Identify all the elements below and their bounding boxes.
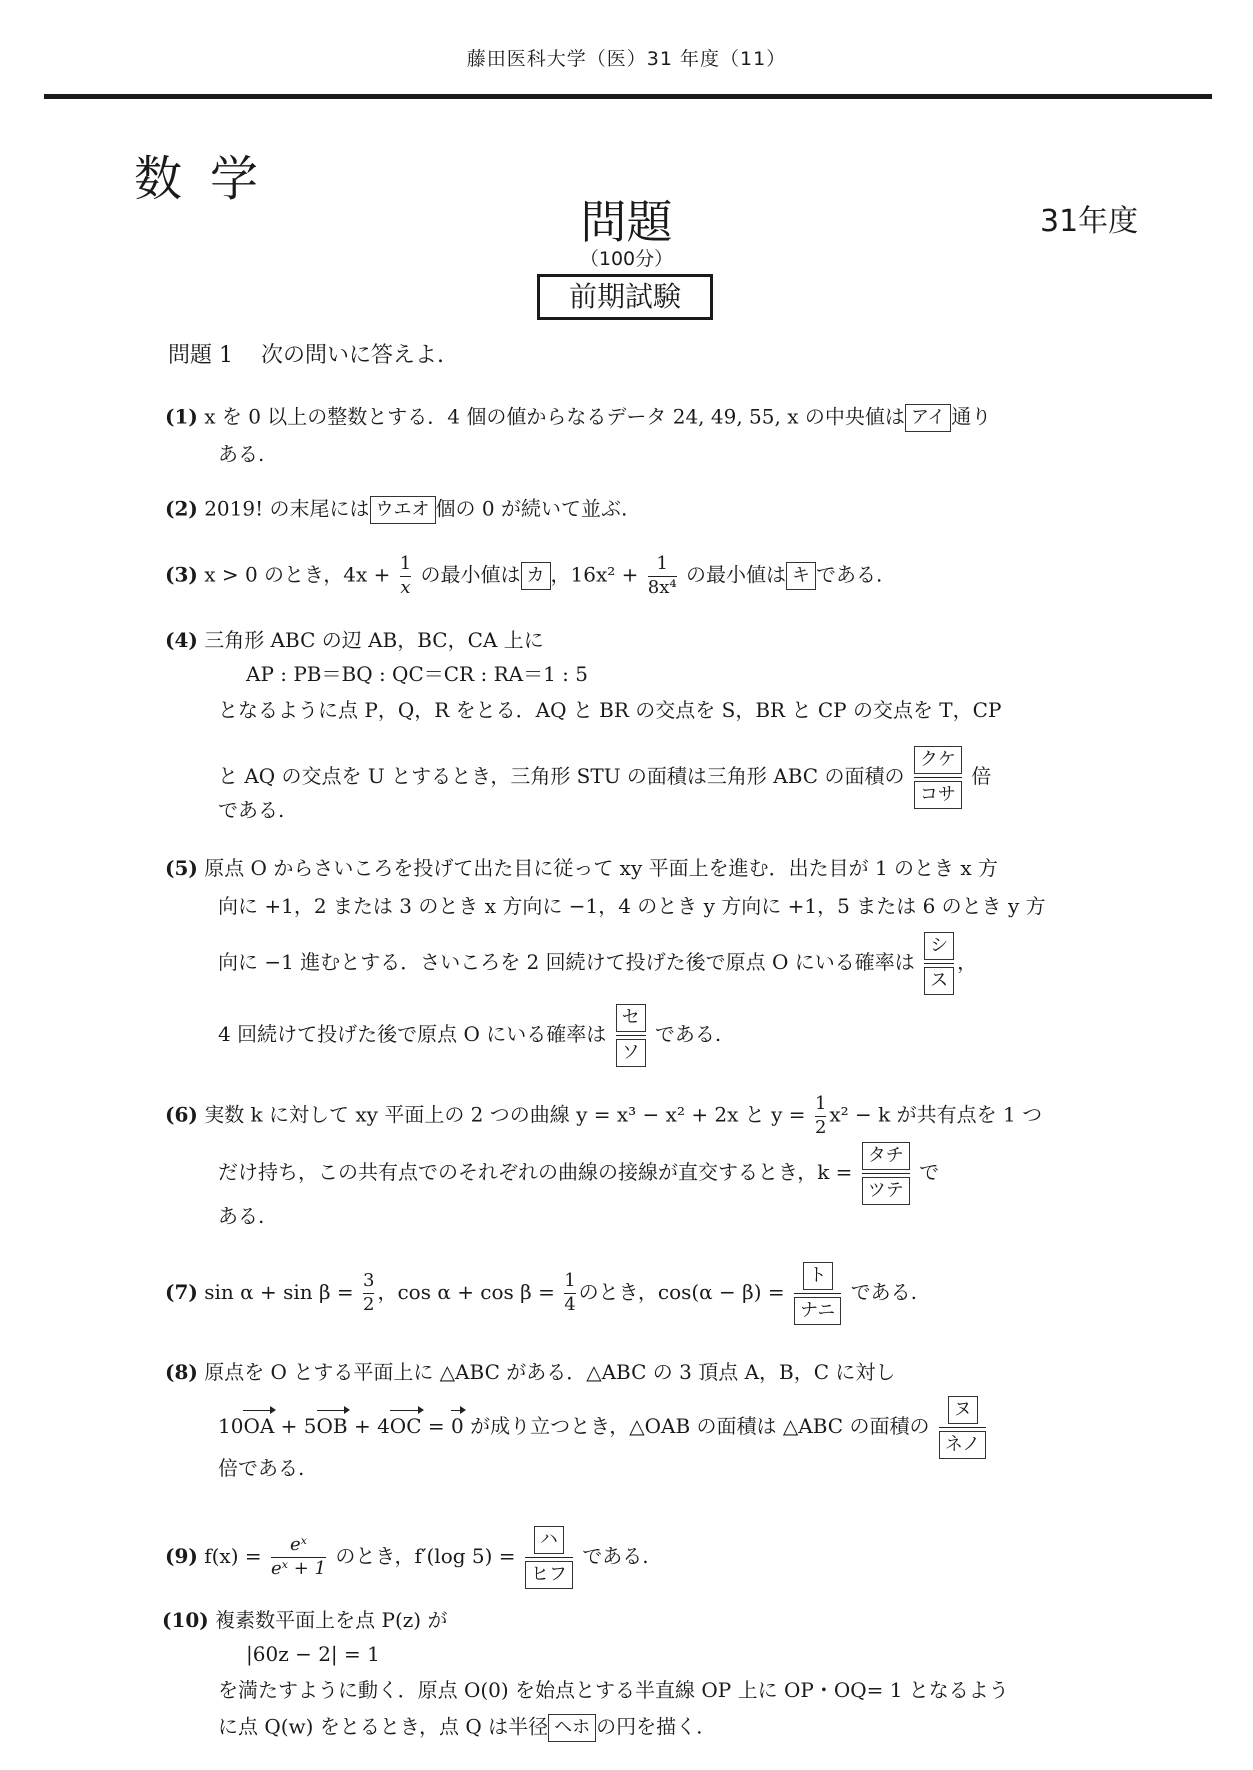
answer-fraction: タチツテ (862, 1142, 910, 1205)
question-text: x > 0 のとき，4x + (204, 563, 390, 587)
answer-fraction: クケコサ (914, 746, 962, 809)
question-3: (3) x > 0 のとき，4x + 1x の最小値はカ，16x² + 18x⁴… (165, 554, 882, 598)
answer-box: カ (521, 562, 551, 590)
vector-oc: OC (390, 1414, 422, 1438)
question-number: (5) (165, 856, 198, 880)
vector-oa: OA (243, 1414, 274, 1438)
question-9: (9) f(x) = eˣeˣ + 1 のとき，f′(log 5) = ハヒフ … (165, 1526, 649, 1589)
vector-equation-line: 10OA + 5OB + 4OC = 0 が成り立つとき，△OAB の面積は △… (218, 1396, 989, 1459)
fraction: 1x (400, 554, 411, 598)
answer-fraction: セソ (616, 1004, 646, 1067)
question-text: 通り (951, 405, 991, 429)
answer-box: ナニ (794, 1297, 841, 1325)
problem-header: 問題 1次の問いに答えよ. (168, 338, 444, 369)
answer-box: キ (786, 562, 816, 590)
question-text: 三角形 ABC の辺 AB，BC，CA 上に (204, 628, 544, 652)
answer-box: ヘホ (548, 1714, 596, 1742)
question-text: 2019! の末尾には (204, 497, 369, 521)
question-6: (6) 実数 k に対して xy 平面上の 2 つの曲線 y = x³ − x²… (165, 1094, 1042, 1138)
exam-type-badge: 前期試験 (537, 274, 713, 320)
exam-year: 31年度 (1040, 196, 1138, 240)
answer-box: ウエオ (370, 496, 436, 524)
question-text: sin α + sin β = (204, 1280, 353, 1304)
question-number: (1) (165, 405, 198, 429)
answer-box: セ (616, 1004, 646, 1032)
question-10-cont: を満たすように動く．原点 O(0) を始点とする半直線 OP 上に OP・OQ=… (218, 1678, 1009, 1702)
question-10-cont: に点 Q(w) をとるとき，点 Q は半径ヘホの円を描く. (218, 1714, 703, 1742)
answer-box: クケ (914, 746, 962, 774)
question-text: f(x) = (204, 1544, 261, 1568)
question-8-cont: 倍である. (218, 1456, 304, 1480)
answer-box: シ (924, 932, 954, 960)
fraction: 12 (815, 1094, 826, 1138)
answer-box: ツテ (862, 1177, 910, 1205)
answer-fraction: ハヒフ (525, 1526, 573, 1589)
answer-fraction: ヌネノ (939, 1396, 986, 1459)
question-text: 個の 0 が続いて並ぶ. (436, 497, 628, 521)
question-2: (2) 2019! の末尾にはウエオ個の 0 が続いて並ぶ. (165, 496, 627, 524)
zero-vector: 0 (451, 1414, 464, 1438)
answer-box: ヌ (948, 1396, 978, 1424)
question-5-cont: 4 回続けて投げた後で原点 O にいる確率は セソ である. (218, 1004, 721, 1067)
answer-box: タチ (862, 1142, 910, 1170)
question-8: (8) 原点を O とする平面上に △ABC がある．△ABC の 3 頂点 A… (165, 1360, 895, 1384)
answer-box: ソ (616, 1039, 646, 1067)
question-6-cont: だけ持ち，この共有点でのそれぞれの曲線の接線が直交するとき，k = タチツテ で (218, 1142, 939, 1205)
answer-box: ハ (534, 1526, 564, 1554)
answer-box: ス (924, 967, 954, 995)
question-number: (10) (162, 1608, 209, 1632)
answer-box: アイ (905, 404, 951, 432)
fraction: 14 (564, 1271, 575, 1315)
exam-duration: （100分） (0, 244, 1253, 271)
answer-box: コサ (914, 781, 962, 809)
answer-fraction: トナニ (794, 1262, 841, 1325)
question-5-cont: 向に +1，2 または 3 のとき x 方向に −1，4 のとき y 方向に +… (218, 894, 1046, 918)
modulus-equation: |60z − 2| = 1 (246, 1642, 380, 1666)
question-5: (5) 原点 O からさいころを投げて出た目に従って xy 平面上を進む．出た目… (165, 856, 998, 880)
fraction: 18x⁴ (648, 554, 677, 598)
question-10: (10) 複素数平面上を点 P(z) が (162, 1608, 447, 1632)
problem-label: 問題 1 (168, 343, 233, 368)
fraction: 32 (363, 1271, 374, 1315)
question-text: 原点 O からさいころを投げて出た目に従って xy 平面上を進む．出た目が 1 … (204, 856, 998, 880)
question-5-cont: 向に −1 進むとする．さいころを 2 回続けて投げた後で原点 O にいる確率は… (218, 932, 977, 995)
question-text: 実数 k に対して xy 平面上の 2 つの曲線 y = x³ − x² + 2… (204, 1103, 805, 1127)
question-1-cont: ある. (218, 442, 264, 466)
question-number: (4) (165, 628, 198, 652)
question-1: (1) x を 0 以上の整数とする．4 個の値からなるデータ 24, 49, … (165, 404, 991, 432)
question-4-cont: となるように点 P，Q，R をとる．AQ と BR の交点を S，BR と CP… (218, 698, 1001, 722)
question-text: 原点を O とする平面上に △ABC がある．△ABC の 3 頂点 A，B，C… (204, 1360, 895, 1384)
question-number: (8) (165, 1360, 198, 1384)
question-number: (3) (165, 563, 198, 587)
answer-fraction: シス (924, 932, 954, 995)
header-rule (44, 94, 1212, 99)
question-number: (2) (165, 497, 198, 521)
ratio-condition: AP : PB＝BQ : QC＝CR : RA＝1 : 5 (246, 662, 588, 686)
question-6-cont: ある. (218, 1204, 264, 1228)
question-text: 複素数平面上を点 P(z) が (215, 1608, 447, 1632)
question-4-cont: である. (218, 798, 284, 822)
answer-box: ヒフ (525, 1561, 573, 1589)
question-4-cont: と AQ の交点を U とするとき，三角形 STU の面積は三角形 ABC の面… (218, 746, 991, 809)
question-number: (9) (165, 1544, 198, 1568)
question-4: (4) 三角形 ABC の辺 AB，BC，CA 上に (165, 628, 544, 652)
fraction: eˣeˣ + 1 (271, 1535, 326, 1579)
question-text: x を 0 以上の整数とする．4 個の値からなるデータ 24, 49, 55, … (204, 405, 905, 429)
question-number: (6) (165, 1103, 198, 1127)
question-number: (7) (165, 1280, 198, 1304)
question-7: (7) sin α + sin β = 32，cos α + cos β = 1… (165, 1262, 917, 1325)
vector-ob: OB (317, 1414, 348, 1438)
running-header: 藤田医科大学（医）31 年度（11） (0, 44, 1253, 71)
problem-instruction: 次の問いに答えよ. (261, 343, 444, 368)
answer-box: ネノ (939, 1431, 986, 1459)
answer-box: ト (803, 1262, 833, 1290)
